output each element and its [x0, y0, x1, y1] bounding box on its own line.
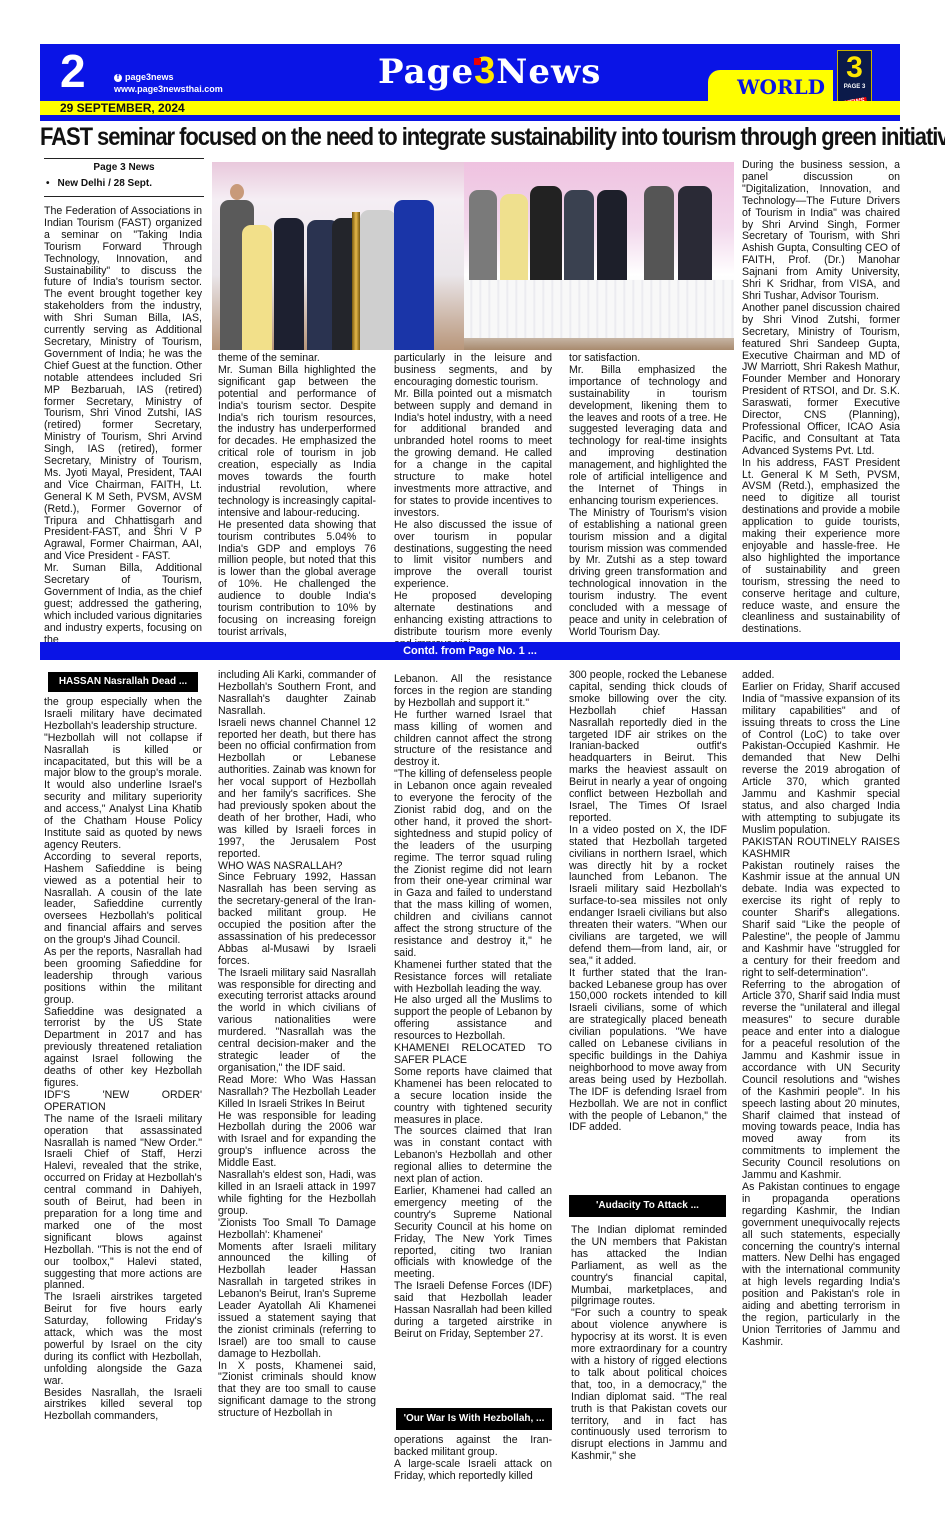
facebook-link[interactable]: fpage3news — [114, 71, 223, 83]
person-figure — [360, 210, 396, 350]
logo-three: 3 — [474, 50, 496, 92]
continued-col5: added. Earlier on Friday, Sharif accused… — [742, 670, 900, 1349]
facebook-icon: f — [114, 74, 122, 82]
byline-source: Page 3 News — [44, 161, 204, 175]
photo-lamp-lighting — [212, 162, 464, 350]
person-head — [230, 184, 244, 200]
photo-panel-stage — [464, 162, 734, 350]
story-tag-hassan[interactable]: HASSAN Nasrallah Dead ... — [48, 672, 198, 692]
byline-rule — [44, 196, 204, 197]
masthead: 2 fpage3news www.page3newsthai.com Page3… — [40, 44, 900, 119]
dateline: •New Delhi / 28 Sept. — [44, 177, 204, 191]
masthead-divider — [40, 119, 900, 121]
website-link[interactable]: www.page3newsthai.com — [114, 83, 223, 95]
social-links: fpage3news www.page3newsthai.com — [114, 71, 223, 95]
date-bar: 29 SEPTEMBER, 2024 — [40, 101, 900, 115]
person-figure — [274, 218, 304, 350]
ceremonial-lamp — [352, 212, 360, 350]
person-figure — [242, 225, 272, 350]
section-label: WORLD — [737, 76, 825, 98]
byline-rule — [44, 158, 204, 159]
story-tag-our-war[interactable]: 'Our War Is With Hezbollah, ... — [396, 1408, 552, 1430]
person-figure — [469, 190, 497, 282]
continued-col4-bottom: The Indian diplomat reminded the UN memb… — [571, 1225, 727, 1463]
article1-col3: particularly in the leisure and business… — [394, 353, 552, 651]
head-table — [464, 280, 734, 338]
article1-col5: During the business session, a panel dis… — [742, 160, 900, 636]
person-figure — [530, 186, 562, 282]
bullet-icon: • — [46, 178, 50, 189]
story-tag-audacity[interactable]: 'Audacity To Attack ... — [569, 1195, 726, 1217]
person-figure — [394, 200, 434, 350]
continued-banner: Contd. from Page No. 1 ... — [40, 642, 900, 660]
issue-date: 29 SEPTEMBER, 2024 — [60, 101, 185, 115]
person-figure — [564, 190, 594, 282]
person-figure — [500, 194, 528, 282]
person-figure — [597, 190, 627, 282]
byline: Page 3 News •New Delhi / 28 Sept. — [44, 158, 204, 197]
page-number: 2 — [60, 48, 86, 94]
continued-col3-bottom: operations against the Iran-backed milit… — [394, 1435, 552, 1483]
continued-col2: including Ali Karki, commander of Hezbol… — [218, 670, 376, 1420]
person-figure — [678, 186, 712, 282]
section-tab: WORLD — [708, 70, 833, 104]
person-figure — [644, 186, 674, 282]
continued-col4: 300 people, rocked the Lebanese capital,… — [569, 670, 727, 1134]
article-headline: FAST seminar focused on the need to inte… — [40, 122, 799, 152]
article1-col4: tor satisfaction. Mr. Billa emphasized t… — [569, 353, 727, 639]
page3news-logo: Page3News — [378, 49, 601, 94]
continued-col1: the group especially when the Israeli mi… — [44, 697, 202, 1423]
article1-col1: The Federation of Associations in Indian… — [44, 206, 202, 647]
article1-col2: theme of the seminar. Mr. Suman Billa hi… — [218, 353, 376, 639]
continued-col3: Lebanon. All the resistance forces in th… — [394, 674, 552, 1341]
